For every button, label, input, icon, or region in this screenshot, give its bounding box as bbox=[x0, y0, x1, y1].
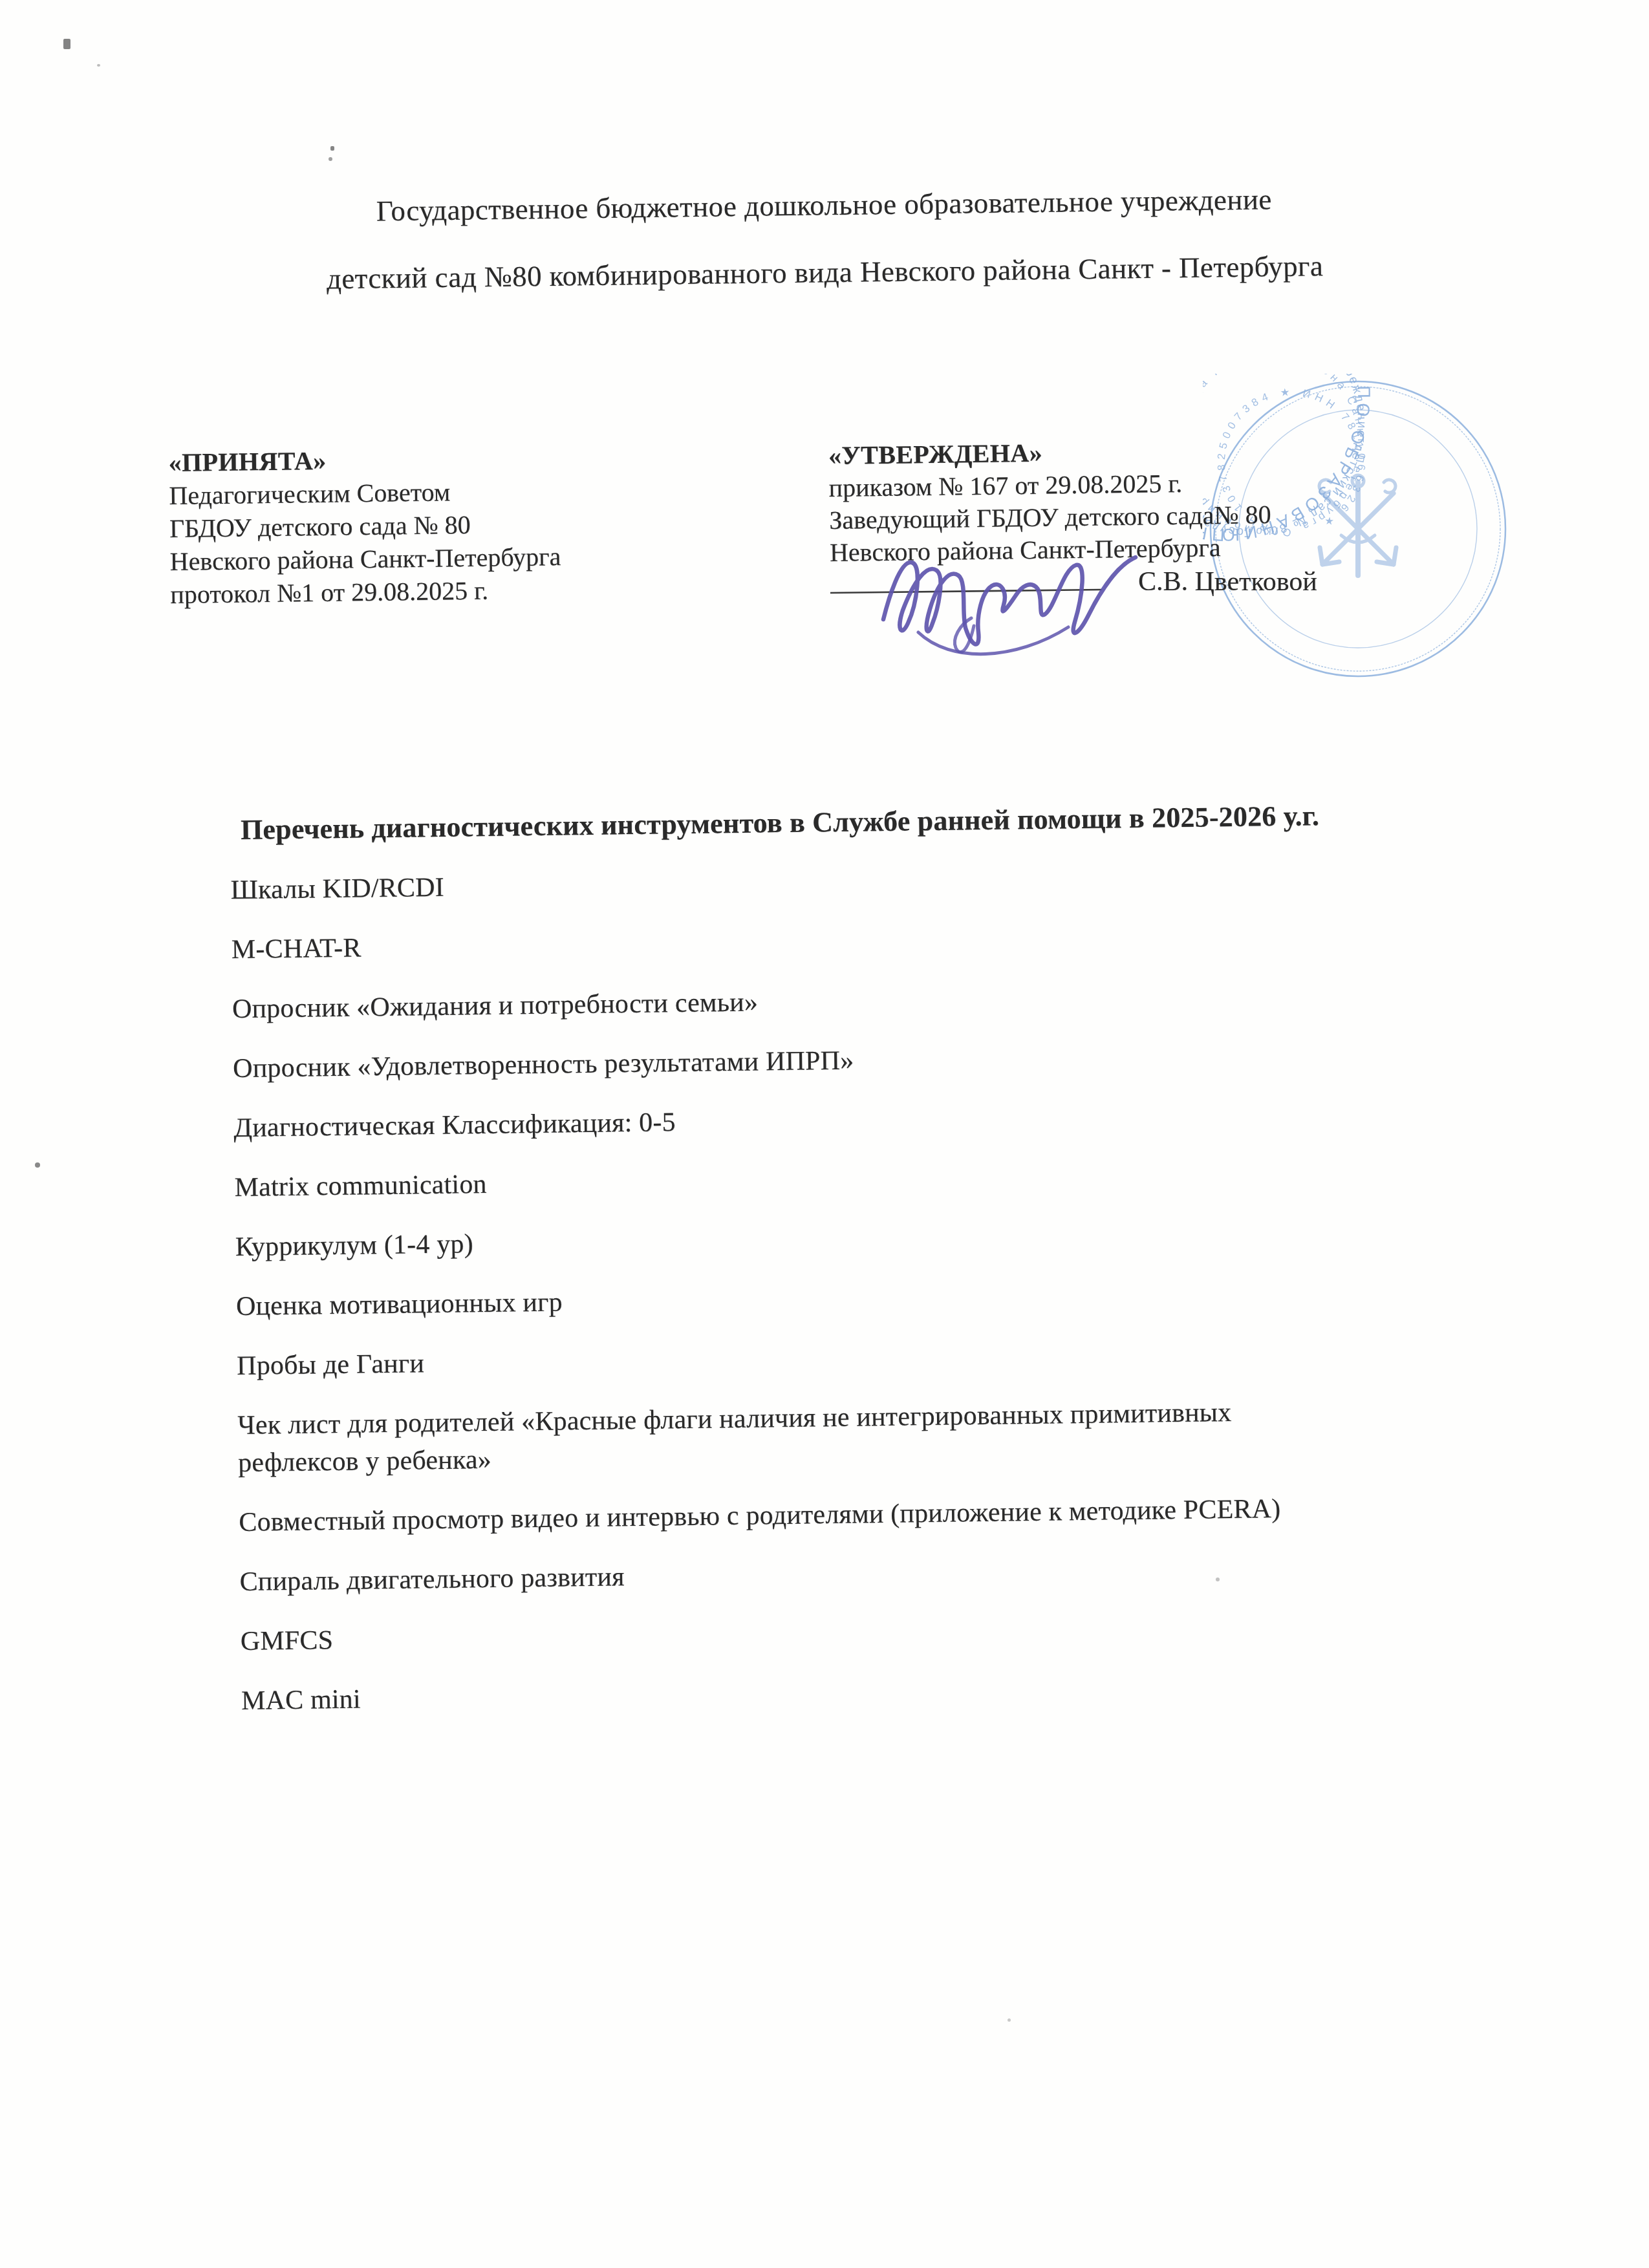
signature-scrawl bbox=[883, 557, 1136, 654]
org-name-line-2: детский сад №80 комбинированного вида Не… bbox=[0, 245, 1649, 300]
instruments-list: Шкалы KID/RCDI M-CHAT-R Опросник «Ожидан… bbox=[230, 855, 1470, 1742]
scan-artifact bbox=[97, 64, 100, 67]
list-item: MAC mini bbox=[241, 1666, 1471, 1720]
document-page: Государственное бюджетное дошкольное обр… bbox=[0, 0, 1649, 2268]
accepted-line: протокол №1 от 29.08.2025 г. bbox=[170, 570, 753, 611]
scan-artifact bbox=[35, 1162, 40, 1168]
list-item: Чек лист для родителей «Красные флаги на… bbox=[237, 1391, 1467, 1482]
list-item: Диагностическая Классификация: 0-5 bbox=[233, 1093, 1463, 1147]
list-item: Шкалы KID/RCDI bbox=[230, 855, 1460, 909]
list-item: Matrix communication bbox=[234, 1153, 1463, 1206]
scan-artifact bbox=[1008, 2018, 1011, 2022]
list-item: Опросник «Ожидания и потребности семьи» bbox=[232, 974, 1461, 1028]
list-item: Оценка мотивационных игр bbox=[236, 1272, 1465, 1325]
list-item: Совместный просмотр видео и интервью с р… bbox=[239, 1488, 1468, 1541]
scan-artifact bbox=[63, 39, 70, 49]
org-name-line-1: Государственное бюджетное дошкольное обр… bbox=[0, 178, 1648, 233]
accepted-block: «ПРИНЯТА» Педагогическим Советом ГБДОУ д… bbox=[168, 438, 752, 611]
list-item: Куррикулум (1-4 ур) bbox=[235, 1212, 1464, 1266]
list-item: Пробы де Ганги bbox=[237, 1331, 1466, 1385]
list-title: Перечень диагностических инструментов в … bbox=[241, 797, 1521, 846]
scan-artifact bbox=[329, 157, 332, 161]
list-item: GMFCS bbox=[240, 1607, 1469, 1660]
document-header: Государственное бюджетное дошкольное обр… bbox=[0, 178, 1649, 300]
list-item: M-CHAT-R bbox=[231, 915, 1460, 968]
signature-line bbox=[830, 590, 1102, 593]
list-item: Опросник «Удовлетворенность результатами… bbox=[233, 1034, 1462, 1087]
official-round-stamp: ПРАВИТЕЛЬСТВО САНКТ-ПЕТЕРБУРГА ★ КОМИТЕТ… bbox=[1203, 374, 1513, 684]
scan-artifact bbox=[330, 146, 334, 151]
signer-name: С.В. Цветковой bbox=[1138, 566, 1317, 597]
signature bbox=[821, 529, 1170, 658]
list-item: Спираль двигательного развития bbox=[239, 1547, 1469, 1601]
